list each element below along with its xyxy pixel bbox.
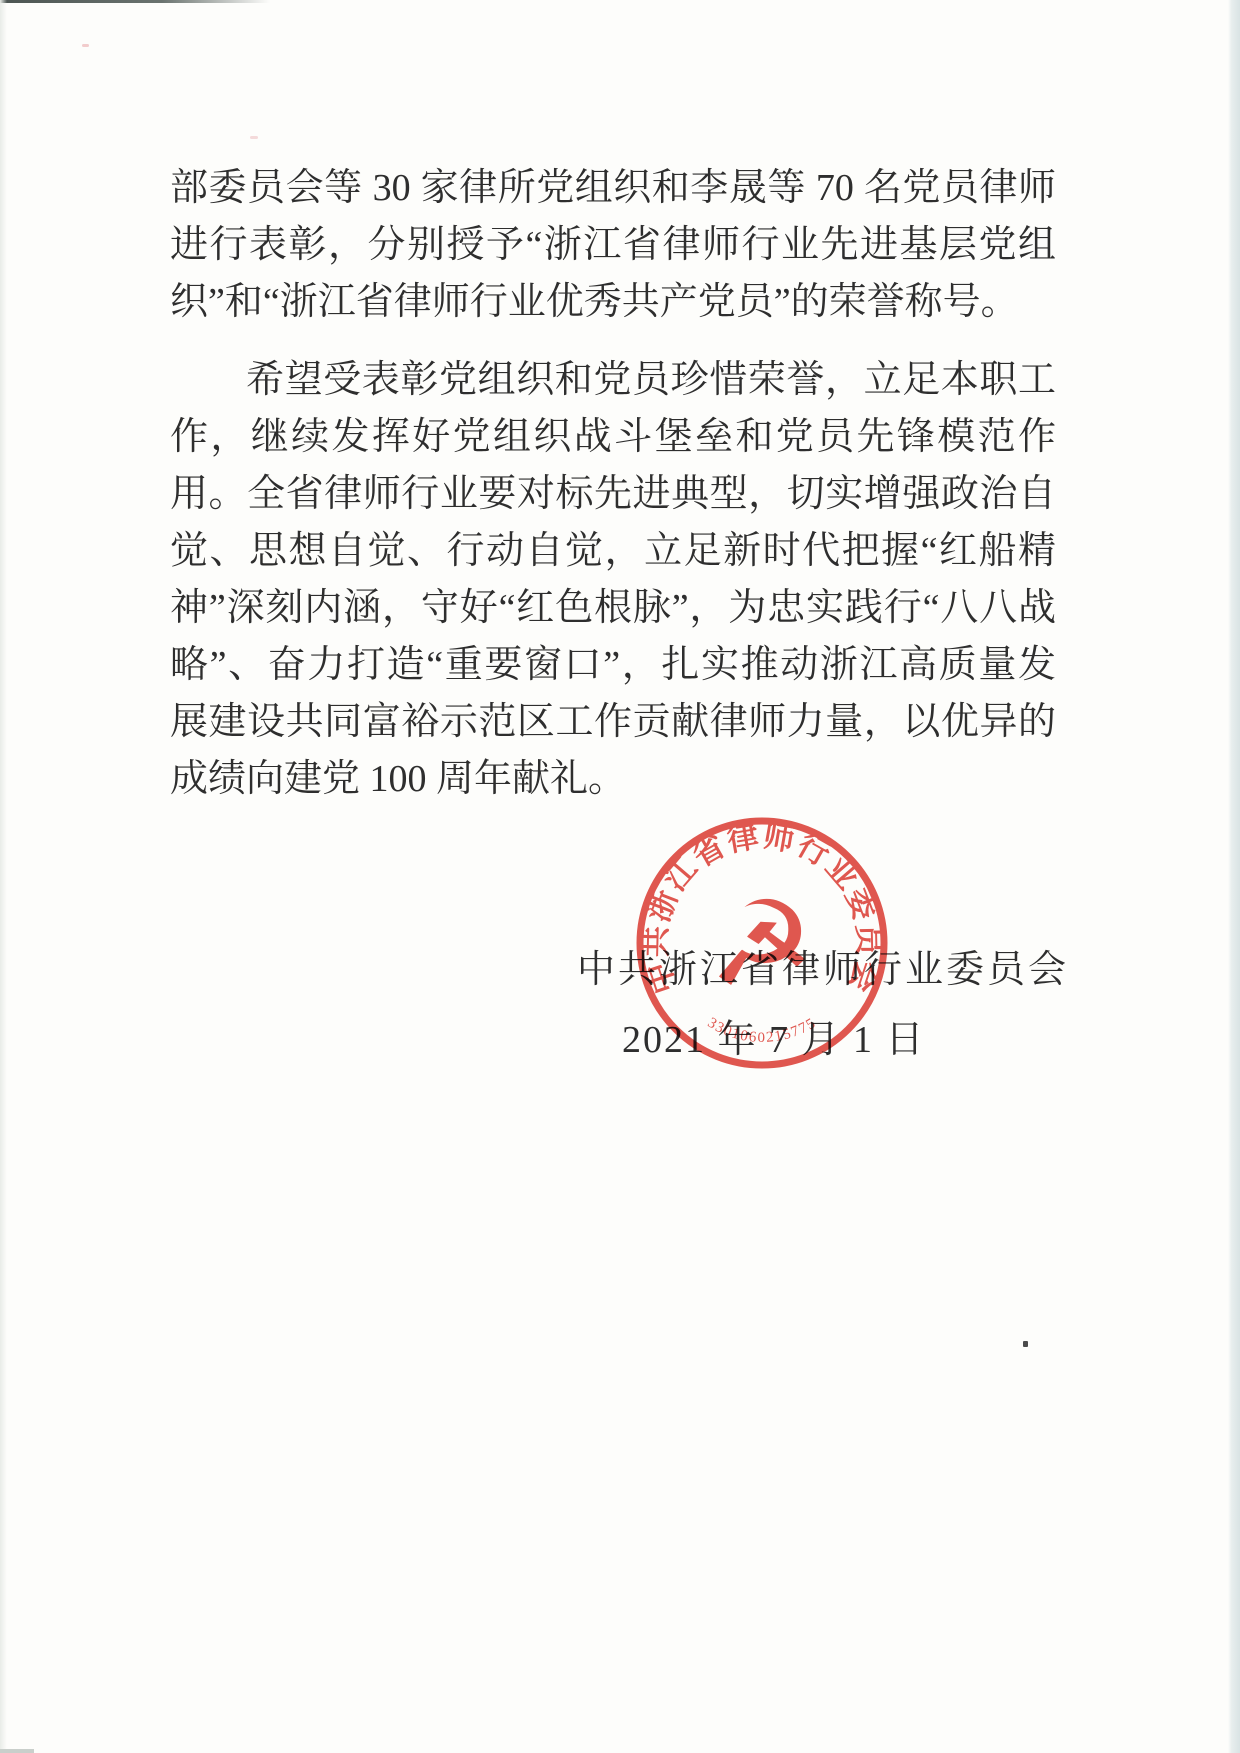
- scan-edge-right: [1228, 0, 1240, 1753]
- letter-body: 部委员会等 30 家律所党组织和李晟等 70 名党员律师进行表彰，分别授予“浙江…: [170, 160, 1056, 808]
- paragraph-continuation: 部委员会等 30 家律所党组织和李晟等 70 名党员律师进行表彰，分别授予“浙江…: [170, 160, 1056, 331]
- official-seal: 中共浙江省律师行业委员会 3301060215775 ☭: [632, 813, 892, 1073]
- scan-edge-bottom: [0, 1749, 34, 1753]
- scan-edge-left: [0, 0, 7, 1753]
- scanned-document-page: 部委员会等 30 家律所党组织和李晟等 70 名党员律师进行表彰，分别授予“浙江…: [0, 0, 1240, 1753]
- seal-graphic: 中共浙江省律师行业委员会 3301060215775 ☭: [632, 813, 892, 1073]
- seal-serial-number: 3301060215775: [705, 1015, 820, 1046]
- scan-speck: [250, 136, 258, 139]
- hammer-sickle-icon: ☭: [709, 875, 815, 1013]
- scan-speck: [82, 44, 89, 47]
- paragraph-closing: 希望受表彰党组织和党员珍惜荣誉，立足本职工作，继续发挥好党组织战斗堡垒和党员先锋…: [170, 352, 1056, 808]
- scan-edge-top: [0, 0, 270, 3]
- scan-speck: [1023, 1341, 1028, 1347]
